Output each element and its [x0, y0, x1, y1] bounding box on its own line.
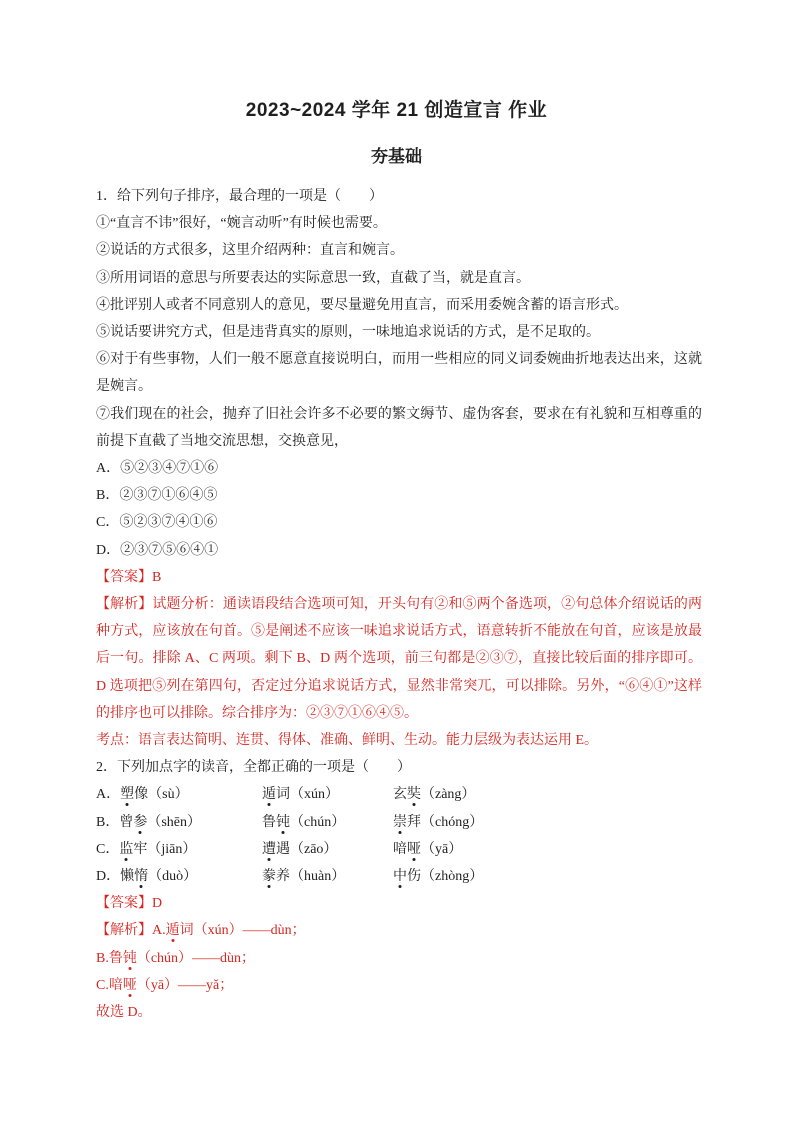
q2-stem: 2．下列加点字的读音，全都正确的一项是（ ） — [96, 754, 702, 781]
q2-option-a-word-3: 玄奘（zàng） — [393, 781, 702, 808]
q1-sentence-5: ⑤说话要讲究方式，但是违背真实的原则，一味地追求说话的方式，是不足取的。 — [96, 319, 702, 346]
q2-option-d-word-2: 豢养（huàn） — [262, 863, 393, 890]
q2-option-a-word-2: 遁词（xún） — [262, 781, 393, 808]
q1-option-d: D．②③⑦⑤⑥④① — [96, 537, 702, 564]
q1-sentence-3: ③所用词语的意思与所要表达的实际意思一致，直截了当，就是直言。 — [96, 265, 702, 292]
q1-answer: 【答案】B — [96, 564, 702, 591]
q1-stem: 1．给下列句子排序，最合理的一项是（ ） — [96, 183, 702, 210]
q1-option-b: B．②③⑦①⑥④⑤ — [96, 482, 702, 509]
q2-conclusion: 故选 D。 — [96, 999, 702, 1026]
q2-option-d: D．懒惰（duò） 豢养（huàn） 中伤（zhòng） — [96, 863, 702, 890]
q2-answer: 【答案】D — [96, 890, 702, 917]
q2-option-b: B．曾参（shēn） 鲁钝（chún） 崇拜（chóng） — [96, 809, 702, 836]
q2-option-c-word-1: C．监牢（jiān） — [96, 836, 262, 863]
q1-sentence-1: ①“直言不讳”很好，“婉言动听”有时候也需要。 — [96, 210, 702, 237]
q2-option-c-word-2: 遭遇（zāo） — [262, 836, 393, 863]
q1-analysis: 【解析】试题分析：通读语段结合选项可知，开头句有②和⑤两个备选项，②句总体介绍说… — [96, 591, 702, 727]
q1-sentence-7: ⑦我们现在的社会，抛弃了旧社会许多不必要的繁文缛节、虚伪客套，要求在有礼貌和互相… — [96, 401, 702, 455]
q2-option-b-word-3: 崇拜（chóng） — [393, 809, 702, 836]
q2-option-c: C．监牢（jiān） 遭遇（zāo） 喑哑（yā） — [96, 836, 702, 863]
q2-option-a-word-1: A．塑像（sù） — [96, 781, 262, 808]
q2-option-b-word-1: B．曾参（shēn） — [96, 809, 262, 836]
q1-sentence-2: ②说话的方式很多，这里介绍两种：直言和婉言。 — [96, 237, 702, 264]
q2-option-d-word-1: D．懒惰（duò） — [96, 863, 262, 890]
section-heading: 夯基础 — [0, 146, 793, 168]
q1-sentence-6: ⑥对于有些事物，人们一般不愿意直接说明白，而用一些相应的同义词委婉曲折地表达出来… — [96, 346, 702, 400]
q1-exam-point: 考点：语言表达简明、连贯、得体、准确、鲜明、生动。能力层级为表达运用 E。 — [96, 727, 702, 754]
document-body: 1．给下列句子排序，最合理的一项是（ ） ①“直言不讳”很好，“婉言动听”有时候… — [96, 183, 702, 1026]
q1-option-c: C．⑤②③⑦④①⑥ — [96, 509, 702, 536]
q2-option-d-word-3: 中伤（zhòng） — [393, 863, 702, 890]
q2-option-a: A．塑像（sù） 遁词（xún） 玄奘（zàng） — [96, 781, 702, 808]
q2-option-b-word-2: 鲁钝（chún） — [262, 809, 393, 836]
q1-option-a: A．⑤②③④⑦①⑥ — [96, 455, 702, 482]
worksheet-page: 2023~2024 学年 21 创造宣言 作业 夯基础 1．给下列句子排序，最合… — [0, 0, 793, 1122]
document-title: 2023~2024 学年 21 创造宣言 作业 — [0, 0, 793, 123]
q2-option-c-word-3: 喑哑（yā） — [393, 836, 702, 863]
q1-sentence-4: ④批评别人或者不同意别人的意见，要尽量避免用直言，而采用委婉含蓄的语言形式。 — [96, 292, 702, 319]
q2-analysis-line-2: B.鲁钝（chún）——dùn； — [96, 945, 702, 972]
q2-analysis-line-3: C.喑哑（yā）——yǎ； — [96, 972, 702, 999]
q2-analysis-line-1: 【解析】A.遁词（xún）——dùn； — [96, 917, 702, 944]
